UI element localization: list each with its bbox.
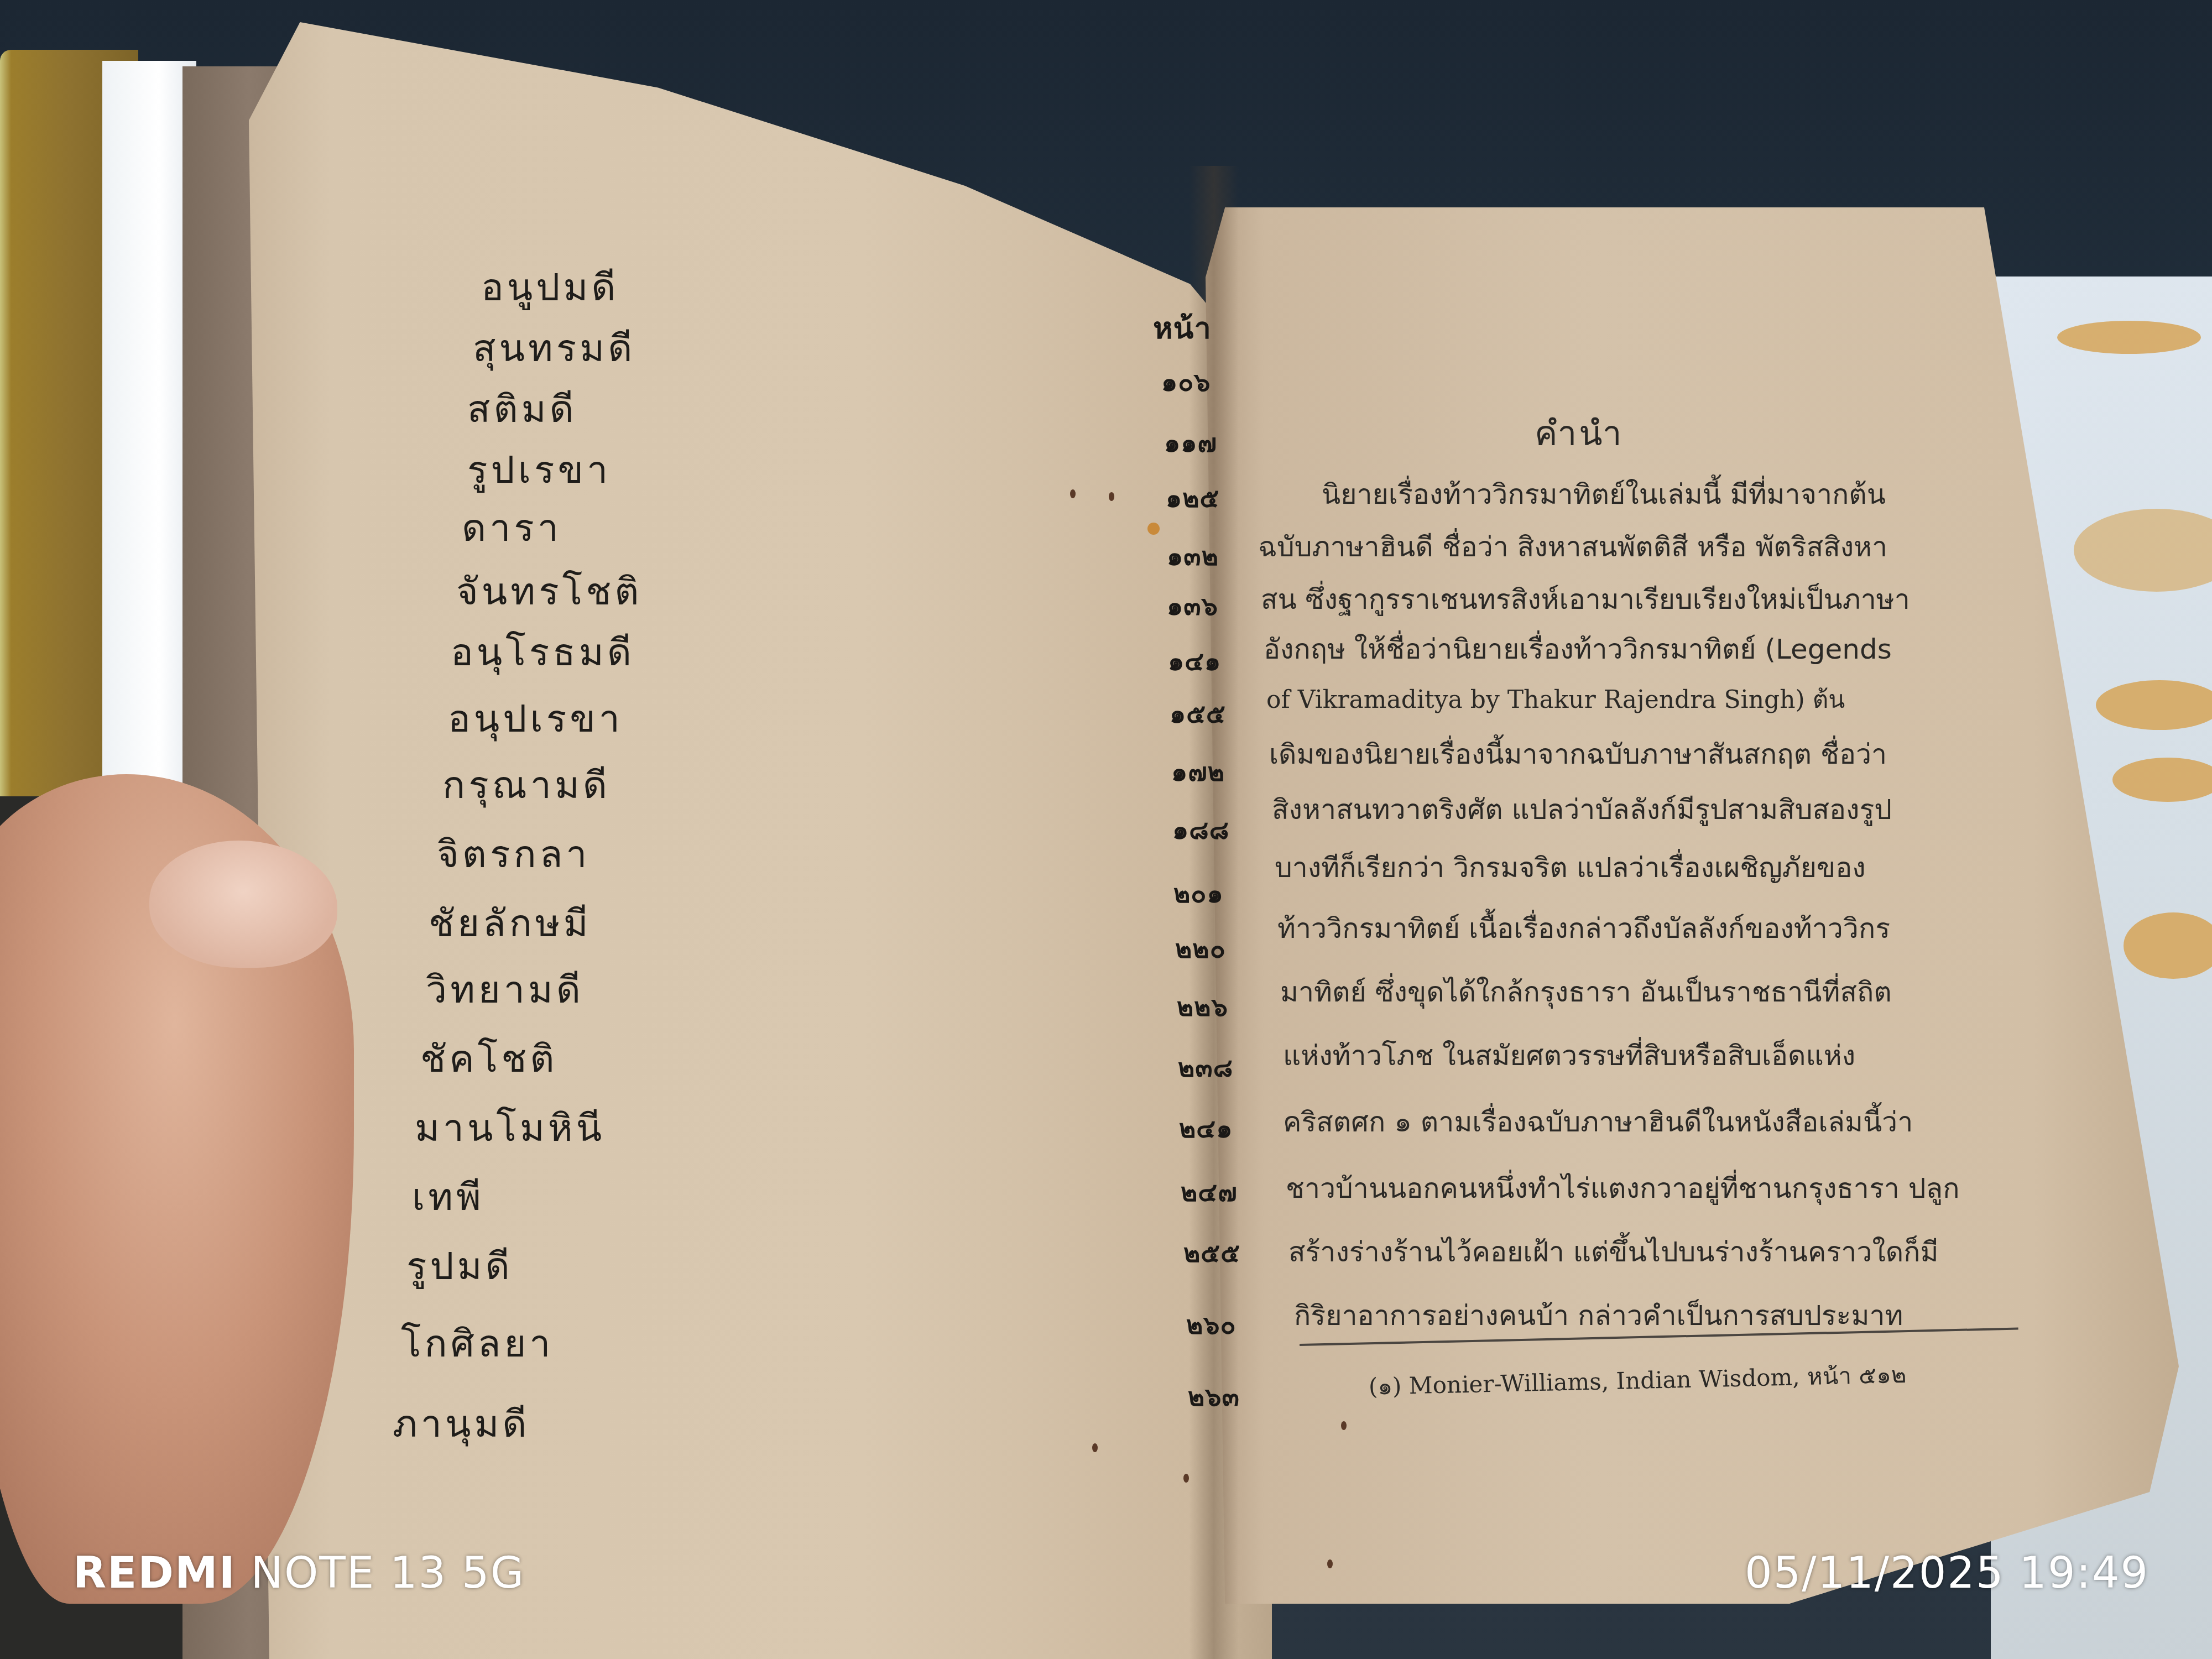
toc-page-number: ๒๖๐ bbox=[1186, 1305, 1237, 1345]
paper-speck bbox=[1109, 492, 1114, 501]
toc-title: ชัคโชติ bbox=[420, 1029, 557, 1088]
toc-title: รูปเรขา bbox=[467, 440, 611, 499]
toc-page-number: ๑๑๗ bbox=[1164, 423, 1217, 463]
toc-page-number: ๒๕๕ bbox=[1183, 1233, 1240, 1274]
preface-line: คริสตศก ๑ ตามเรื่องฉบับภาษาฮินดีในหนังสื… bbox=[1283, 1100, 1913, 1144]
toc-title: ชัยลักษมี bbox=[429, 893, 592, 953]
preface-line: กิริยาอาการอย่างคนบ้า กล่าวคำเป็นการสบปร… bbox=[1294, 1294, 1903, 1338]
toc-page-number: ๒๔๑ bbox=[1179, 1109, 1233, 1149]
cloth-motif bbox=[2124, 912, 2212, 979]
cloth-motif bbox=[2057, 321, 2201, 354]
toc-title: รูปมดี bbox=[406, 1236, 513, 1296]
toc-title: อนุปเรขา bbox=[448, 688, 623, 748]
toc-title: ดารา bbox=[462, 498, 562, 557]
page-column-header: หน้า bbox=[1153, 304, 1212, 352]
toc-page-number: ๒๓๘ bbox=[1178, 1048, 1233, 1088]
camera-brand: REDMI bbox=[73, 1548, 236, 1598]
toc-page-number: ๒๒๖ bbox=[1177, 987, 1228, 1027]
preface-line: สน ซึ่งฐากูรราเชนทรสิงห์เอามาเรียบเรียงใ… bbox=[1261, 578, 1910, 622]
preface-line: มาทิตย์ ซึ่งขุดได้ใกล้กรุงธารา อันเป็นรา… bbox=[1280, 971, 1892, 1014]
paper-speck bbox=[1327, 1559, 1333, 1568]
preface-line: เดิมของนิยายเรื่องนี้มาจากฉบับภาษาสันสกฤ… bbox=[1269, 733, 1887, 776]
toc-page-number: ๑๕๕ bbox=[1170, 694, 1226, 734]
toc-title: จันทรโชติ bbox=[456, 561, 643, 621]
preface-line: แห่งท้าวโภช ในสมัยศตวรรษที่สิบหรือสิบเอ็… bbox=[1283, 1034, 1855, 1078]
toc-page-number: ๑๓๖ bbox=[1167, 586, 1218, 627]
toc-title: อนูปมดี bbox=[481, 257, 619, 317]
toc-page-number: ๑๘๘ bbox=[1172, 810, 1229, 851]
toc-page-number: ๑๔๑ bbox=[1168, 641, 1221, 682]
toc-page-number: ๑๐๖ bbox=[1161, 362, 1211, 403]
toc-title: สุนทรมดี bbox=[473, 318, 635, 378]
preface-title: คำนำ bbox=[1535, 406, 1624, 461]
toc-title: วิทยามดี bbox=[426, 959, 584, 1019]
preface-line: นิยายเรื่องท้าววิกรมาทิตย์ในเล่มนี้ มีที… bbox=[1322, 473, 1886, 517]
toc-page-number: ๑๓๒ bbox=[1167, 536, 1219, 577]
cloth-motif bbox=[2112, 758, 2212, 802]
cloth-motif bbox=[2096, 680, 2212, 730]
preface-line: สร้างร่างร้านไว้คอยเฝ้า แต่ขึ้นไปบนร่างร… bbox=[1288, 1230, 1939, 1274]
camera-model: NOTE 13 5G bbox=[251, 1548, 525, 1598]
camera-watermark-datetime: 05/11/2025 19:49 bbox=[1745, 1548, 2149, 1598]
preface-line: of Vikramaditya by Thakur Rajendra Singh… bbox=[1266, 680, 1845, 719]
preface-line: ชาวบ้านนอกคนหนึ่งทำไร่แตงกวาอยู่ที่ชานกร… bbox=[1286, 1167, 1959, 1211]
toc-title: สติมดี bbox=[467, 379, 577, 439]
preface-line: สิงหาสนทวาตริงศัต แปลว่าบัลลังก์มีรูปสาม… bbox=[1272, 788, 1892, 832]
preface-line: ฉบับภาษาฮินดี ชื่อว่า สิงหาสนพัตติสี หรื… bbox=[1258, 525, 1887, 569]
cloth-motif bbox=[2074, 509, 2212, 592]
toc-page-number: ๒๔๗ bbox=[1181, 1172, 1238, 1213]
preface-line: ท้าววิกรมาทิตย์ เนื้อเรื่องกล่าวถึงบัลลั… bbox=[1277, 907, 1890, 951]
toc-title: โกศิลยา bbox=[401, 1313, 554, 1373]
toc-page-number: ๒๐๑ bbox=[1173, 874, 1224, 914]
toc-page-number: ๒๒๐ bbox=[1175, 929, 1226, 969]
toc-title: จิตรกลา bbox=[437, 824, 591, 884]
camera-watermark-model: REDMI NOTE 13 5G bbox=[73, 1548, 525, 1598]
paper-speck bbox=[1070, 489, 1076, 498]
preface-line: อังกฤษ ให้ชื่อว่านิยายเรื่องท้าววิกรมาทิ… bbox=[1264, 628, 1892, 671]
paper-speck bbox=[1341, 1421, 1347, 1430]
paper-speck bbox=[1092, 1443, 1098, 1452]
toc-page-number: ๑๒๕ bbox=[1166, 478, 1219, 519]
paper-speck bbox=[1183, 1474, 1189, 1483]
paper-stain bbox=[1147, 523, 1160, 535]
toc-title: กรุณามดี bbox=[442, 755, 611, 815]
preface-line: บางทีก็เรียกว่า วิกรมจริต แปลว่าเรื่องเผ… bbox=[1275, 846, 1866, 890]
toc-title: เทพี bbox=[412, 1167, 484, 1227]
toc-page-number: ๑๗๒ bbox=[1171, 752, 1225, 792]
toc-title: ภานุมดี bbox=[393, 1394, 530, 1453]
toc-title: อนุโรธมดี bbox=[451, 622, 635, 682]
toc-page-number: ๒๖๓ bbox=[1188, 1377, 1240, 1417]
toc-title: มานโมหินี bbox=[415, 1098, 605, 1157]
